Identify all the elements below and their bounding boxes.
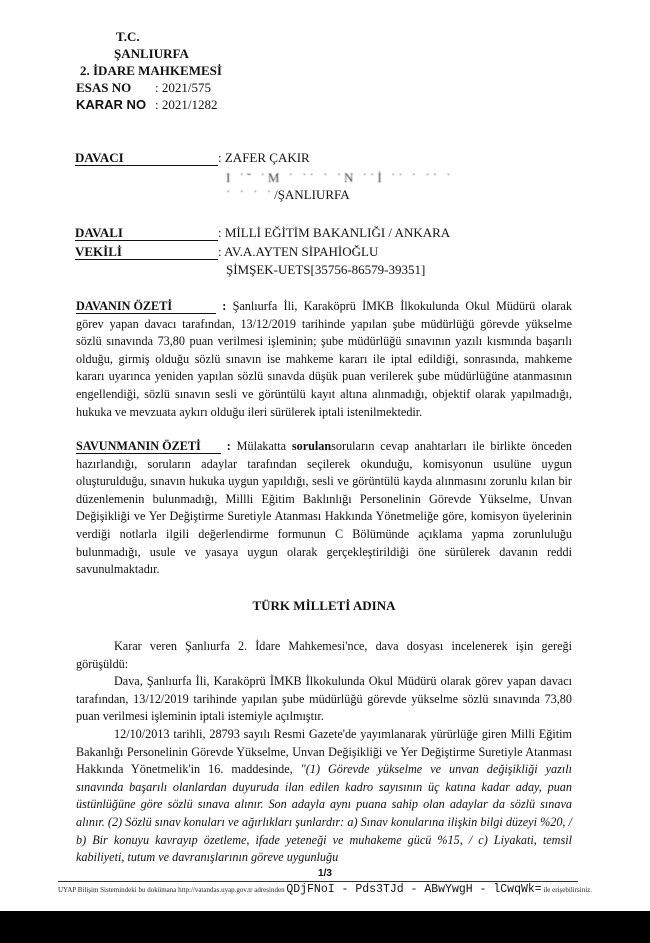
decision-paragraph-1: Karar veren Şanlıurfa 2. İdare Mahkemesi… xyxy=(76,638,572,673)
davaci-address-redacted: I ˙˘ ˙M ˙ ˙˙ ˙ ˙N ˙˙İ ˙˙ ˙ ˙˙ ˙ xyxy=(226,170,454,185)
davaci-address-city: ˙ ˙ ˙ ˙/ŞANLIURFA xyxy=(226,187,350,202)
davaci-name: : ZAFER ÇAKIR xyxy=(218,150,310,165)
davanin-ozeti-text: Şanlıurfa İli, Karaköprü İMKB İlkokulund… xyxy=(76,299,572,419)
esas-no-row: ESAS NO : 2021/575 xyxy=(76,80,131,96)
karar-no-value: : 2021/1282 xyxy=(155,97,217,113)
decision-paragraph-2: Dava, Şanlıurfa İli, Karaköprü İMKB İlko… xyxy=(76,673,572,726)
davaci-address-redacted-prefix: ˙ ˙ ˙ ˙ xyxy=(226,187,274,202)
page-number: 1/3 xyxy=(0,868,650,879)
bottom-black-bar xyxy=(0,911,650,943)
davanin-ozeti-paragraph: DAVANIN ÖZETİ : Şanlıurfa İli, Karaköprü… xyxy=(76,298,572,421)
footer-prefix: UYAP Bilişim Sistemindeki bu dokümana ht… xyxy=(58,886,285,894)
savunmanin-ozeti-text-pre: Mülakatta xyxy=(237,439,292,453)
savunmanin-ozeti-text-post: soruların cevap anahtarları ile birlikte… xyxy=(76,439,572,576)
footer-verification-code: QDjFNoI - Pds3TJd - ABwYwgH - lCwqWk= xyxy=(286,883,541,896)
header-city: ŞANLIURFA xyxy=(114,46,189,62)
karar-no-label: KARAR NO xyxy=(76,97,146,112)
esas-no-label: ESAS NO xyxy=(76,80,131,96)
footer-divider xyxy=(58,881,578,882)
decision-title: TÜRK MİLLETİ ADINA xyxy=(76,598,572,614)
document-page: T.C. ŞANLIURFA 2. İDARE MAHKEMESİ ESAS N… xyxy=(0,0,650,911)
savunmanin-ozeti-sep: : xyxy=(221,439,237,453)
davaci-address-city-text: /ŞANLIURFA xyxy=(274,187,350,202)
esas-no-value: : 2021/575 xyxy=(155,80,211,96)
header-tc: T.C. xyxy=(116,29,140,45)
karar-no-row: KARAR NO : 2021/1282 xyxy=(76,97,146,113)
davanin-ozeti-sep: : xyxy=(216,299,233,313)
savunmanin-ozeti-text-bold: sorulan xyxy=(292,439,331,453)
footer-suffix: ile erişebilirsiniz. xyxy=(543,886,592,894)
vekili-label: VEKİLİ xyxy=(75,244,218,260)
savunmanin-ozeti-paragraph: SAVUNMANIN ÖZETİ : Mülakatta sorulansoru… xyxy=(76,438,572,579)
vekili-uets: ŞİMŞEK-UETS[35756-86579-39351] xyxy=(226,262,425,277)
savunmanin-ozeti-label: SAVUNMANIN ÖZETİ xyxy=(76,439,221,454)
footer-uyap-note: UYAP Bilişim Sistemindeki bu dokümana ht… xyxy=(58,884,592,896)
regulation-quote: "(1) Görevde yükselme ve unvan değişikli… xyxy=(76,762,572,864)
davaci-label: DAVACI xyxy=(75,150,218,166)
davanin-ozeti-label: DAVANIN ÖZETİ xyxy=(76,299,216,314)
davali-value: : MİLLİ EĞİTİM BAKANLIĞI / ANKARA xyxy=(218,225,450,240)
vekili-value: : AV.A.AYTEN SİPAHİOĞLU xyxy=(218,244,378,259)
header-court: 2. İDARE MAHKEMESİ xyxy=(80,63,222,79)
davali-label: DAVALI xyxy=(75,225,218,241)
decision-paragraph-3: 12/10/2013 tarihli, 28793 sayılı Resmi G… xyxy=(76,726,572,867)
